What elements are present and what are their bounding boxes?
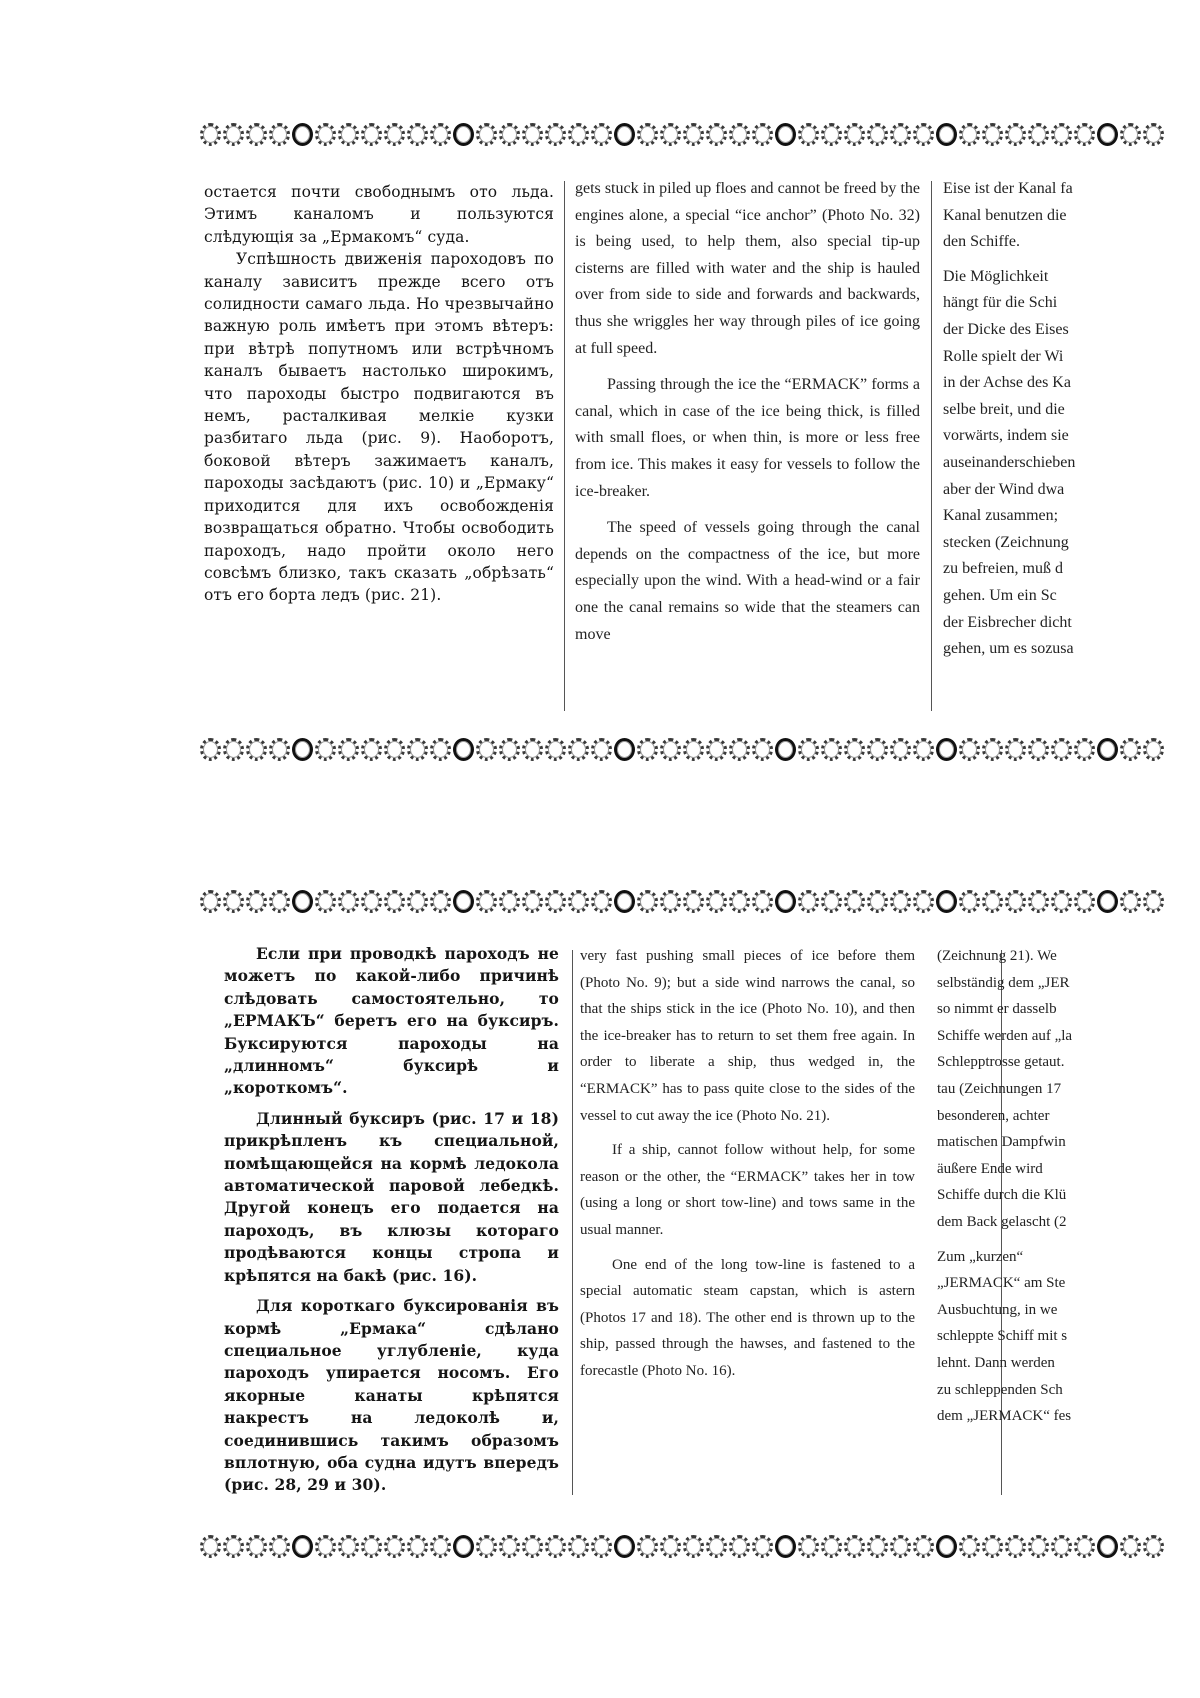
german-line: dem Back gelascht (2 [937, 1209, 1200, 1236]
ornament-ring-icon [982, 1535, 1003, 1558]
english-paragraph: very fast pushing small pieces of ice be… [580, 943, 915, 1129]
english-paragraph: One end of the long tow-line is fastened… [580, 1252, 915, 1385]
russian-column-top: остается почти свободнымъ ото льда. Этим… [204, 181, 554, 607]
ornament-ring-icon [292, 890, 313, 913]
ornament-ring-icon [637, 738, 658, 761]
german-line: auseinanderschieben [943, 450, 1200, 477]
ornament-border-bottom-1 [200, 887, 1200, 915]
german-line: Schiffe durch die Klü [937, 1182, 1200, 1209]
ornament-ring-icon [338, 738, 359, 761]
german-line: stecken (Zeichnung [943, 530, 1200, 557]
ornament-ring-icon [614, 1535, 635, 1558]
english-column-bottom: very fast pushing small pieces of ice be… [580, 943, 915, 1385]
ornament-ring-icon [752, 1535, 773, 1558]
ornament-ring-icon [637, 1535, 658, 1558]
ornament-ring-icon [614, 890, 635, 913]
ornament-ring-icon [430, 738, 451, 761]
ornament-ring-icon [476, 123, 497, 146]
ornament-ring-icon [752, 738, 773, 761]
ornament-ring-icon [453, 1535, 474, 1558]
ornament-ring-icon [407, 1535, 428, 1558]
ornament-ring-icon [384, 1535, 405, 1558]
ornament-ring-icon [890, 123, 911, 146]
russian-paragraph: остается почти свободнымъ ото льда. Этим… [204, 181, 554, 248]
ornament-ring-icon [660, 738, 681, 761]
ornament-ring-icon [936, 123, 957, 146]
ornament-ring-icon [499, 738, 520, 761]
ornament-ring-icon [292, 123, 313, 146]
ornament-ring-icon [545, 123, 566, 146]
ornament-ring-icon [775, 738, 796, 761]
german-line [937, 1236, 1200, 1244]
ornament-ring-icon [200, 123, 221, 146]
ornament-ring-icon [246, 1535, 267, 1558]
ornament-ring-icon [430, 890, 451, 913]
ornament-ring-icon [660, 1535, 681, 1558]
ornament-ring-icon [706, 123, 727, 146]
ornament-ring-icon [752, 123, 773, 146]
ornament-ring-icon [821, 123, 842, 146]
english-paragraph: If a ship, cannot follow without help, f… [580, 1137, 915, 1243]
german-line: Schiffe werden auf „la [937, 1023, 1200, 1050]
ornament-ring-icon [315, 738, 336, 761]
ornament-ring-icon [1120, 1535, 1141, 1558]
german-line: gehen. Um ein Sc [943, 583, 1200, 610]
russian-column-bottom: Если при проводкѣ пароходъ не можетъ по … [224, 943, 559, 1497]
ornament-ring-icon [315, 123, 336, 146]
ornament-ring-icon [706, 890, 727, 913]
ornament-ring-icon [660, 890, 681, 913]
ornament-ring-icon [545, 890, 566, 913]
ornament-ring-icon [1143, 123, 1164, 146]
ornament-ring-icon [683, 890, 704, 913]
ornament-ring-icon [200, 738, 221, 761]
ornament-ring-icon [407, 890, 428, 913]
ornament-ring-icon [384, 738, 405, 761]
ornament-ring-icon [959, 890, 980, 913]
ornament-ring-icon [1028, 890, 1049, 913]
ornament-ring-icon [821, 1535, 842, 1558]
ornament-ring-icon [361, 738, 382, 761]
ornament-border-top-1 [200, 120, 1200, 148]
ornament-ring-icon [867, 738, 888, 761]
ornament-ring-icon [1005, 738, 1026, 761]
ornament-ring-icon [591, 890, 612, 913]
ornament-ring-icon [361, 1535, 382, 1558]
german-line: der Eisbrecher dicht [943, 610, 1200, 637]
ornament-ring-icon [246, 123, 267, 146]
ornament-ring-icon [1097, 123, 1118, 146]
ornament-ring-icon [269, 738, 290, 761]
ornament-ring-icon [982, 123, 1003, 146]
ornament-ring-icon [775, 890, 796, 913]
ornament-ring-icon [867, 123, 888, 146]
ornament-ring-icon [913, 890, 934, 913]
ornament-ring-icon [1005, 123, 1026, 146]
ornament-ring-icon [936, 738, 957, 761]
ornament-ring-icon [1097, 890, 1118, 913]
ornament-ring-icon [798, 738, 819, 761]
ornament-ring-icon [476, 890, 497, 913]
ornament-ring-icon [1005, 1535, 1026, 1558]
russian-paragraph: Если при проводкѣ пароходъ не можетъ по … [224, 943, 559, 1100]
ornament-ring-icon [614, 738, 635, 761]
ornament-ring-icon [453, 890, 474, 913]
ornament-ring-icon [913, 1535, 934, 1558]
ornament-ring-icon [890, 738, 911, 761]
ornament-ring-icon [568, 1535, 589, 1558]
ornament-ring-icon [269, 1535, 290, 1558]
german-line: Die Möglichkeit [943, 264, 1200, 291]
ornament-ring-icon [1028, 123, 1049, 146]
ornament-ring-icon [315, 890, 336, 913]
ornament-ring-icon [1051, 738, 1072, 761]
german-line: vorwärts, indem sie [943, 423, 1200, 450]
ornament-ring-icon [1143, 1535, 1164, 1558]
german-line [943, 256, 1200, 264]
ornament-ring-icon [269, 123, 290, 146]
ornament-ring-icon [545, 738, 566, 761]
ornament-ring-icon [683, 1535, 704, 1558]
german-line: hängt für die Schi [943, 290, 1200, 317]
german-line: besonderen, achter [937, 1103, 1200, 1130]
ornament-ring-icon [1120, 890, 1141, 913]
ornament-ring-icon [430, 1535, 451, 1558]
ornament-ring-icon [844, 123, 865, 146]
ornament-ring-icon [568, 123, 589, 146]
ornament-ring-icon [1074, 123, 1095, 146]
ornament-border-top-2 [200, 735, 1200, 763]
german-line: aber der Wind dwa [943, 477, 1200, 504]
german-line: tau (Zeichnungen 17 [937, 1076, 1200, 1103]
ornament-ring-icon [959, 1535, 980, 1558]
ornament-ring-icon [729, 1535, 750, 1558]
ornament-ring-icon [476, 738, 497, 761]
ornament-ring-icon [867, 1535, 888, 1558]
german-line: Rolle spielt der Wi [943, 344, 1200, 371]
ornament-ring-icon [1051, 123, 1072, 146]
ornament-ring-icon [982, 738, 1003, 761]
ornament-ring-icon [614, 123, 635, 146]
ornament-ring-icon [591, 123, 612, 146]
german-line: gehen, um es sozusa [943, 636, 1200, 663]
ornament-ring-icon [729, 890, 750, 913]
ornament-ring-icon [706, 1535, 727, 1558]
ornament-ring-icon [683, 123, 704, 146]
ornament-ring-icon [1143, 890, 1164, 913]
ornament-ring-icon [361, 123, 382, 146]
ornament-ring-icon [246, 890, 267, 913]
russian-paragraph: Успѣшность движенія пароходовъ по каналу… [204, 248, 554, 607]
ornament-ring-icon [499, 1535, 520, 1558]
ornament-ring-icon [338, 123, 359, 146]
german-line: äußere Ende wird [937, 1156, 1200, 1183]
ornament-ring-icon [223, 890, 244, 913]
german-line: in der Achse des Ka [943, 370, 1200, 397]
ornament-ring-icon [223, 123, 244, 146]
ornament-ring-icon [1051, 890, 1072, 913]
ornament-ring-icon [1120, 123, 1141, 146]
ornament-ring-icon [499, 890, 520, 913]
ornament-ring-icon [1074, 738, 1095, 761]
ornament-ring-icon [982, 890, 1003, 913]
german-line: schleppte Schiff mit s [937, 1323, 1200, 1350]
german-line: matischen Dampfwin [937, 1129, 1200, 1156]
ornament-ring-icon [890, 890, 911, 913]
ornament-ring-icon [798, 890, 819, 913]
german-line: lehnt. Dann werden [937, 1350, 1200, 1377]
ornament-ring-icon [867, 890, 888, 913]
ornament-ring-icon [637, 890, 658, 913]
ornament-ring-icon [476, 1535, 497, 1558]
ornament-ring-icon [775, 1535, 796, 1558]
ornament-ring-icon [591, 738, 612, 761]
ornament-ring-icon [522, 890, 543, 913]
ornament-ring-icon [338, 1535, 359, 1558]
german-line: zu schleppenden Sch [937, 1377, 1200, 1404]
column-divider [564, 181, 565, 711]
ornament-ring-icon [292, 1535, 313, 1558]
ornament-ring-icon [775, 123, 796, 146]
ornament-ring-icon [1074, 1535, 1095, 1558]
english-paragraph: gets stuck in piled up floes and cannot … [575, 176, 920, 362]
ornament-ring-icon [315, 1535, 336, 1558]
ornament-ring-icon [545, 1535, 566, 1558]
german-line: den Schiffe. [943, 229, 1200, 256]
russian-paragraph: Длинный буксиръ (рис. 17 и 18) прикрѣпле… [224, 1108, 559, 1287]
german-line: so nimmt er dasselb [937, 996, 1200, 1023]
ornament-ring-icon [269, 890, 290, 913]
ornament-ring-icon [1097, 738, 1118, 761]
ornament-ring-icon [361, 890, 382, 913]
ornament-ring-icon [407, 123, 428, 146]
ornament-ring-icon [936, 1535, 957, 1558]
german-line: dem „JERMACK“ fes [937, 1403, 1200, 1430]
column-divider [931, 181, 932, 711]
ornament-ring-icon [1097, 1535, 1118, 1558]
ornament-ring-icon [913, 123, 934, 146]
ornament-ring-icon [752, 890, 773, 913]
ornament-ring-icon [591, 1535, 612, 1558]
german-line: Kanal benutzen die [943, 203, 1200, 230]
german-line: selbe breit, und die [943, 397, 1200, 424]
ornament-ring-icon [453, 123, 474, 146]
ornament-ring-icon [1028, 738, 1049, 761]
ornament-ring-icon [798, 1535, 819, 1558]
ornament-ring-icon [338, 890, 359, 913]
ornament-ring-icon [499, 123, 520, 146]
ornament-ring-icon [936, 890, 957, 913]
german-line: selbständig dem „JER [937, 970, 1200, 997]
ornament-ring-icon [706, 738, 727, 761]
ornament-border-bottom-2 [200, 1532, 1200, 1560]
german-line: Eise ist der Kanal fa [943, 176, 1200, 203]
ornament-ring-icon [1143, 738, 1164, 761]
ornament-ring-icon [821, 738, 842, 761]
ornament-ring-icon [1074, 890, 1095, 913]
ornament-ring-icon [246, 738, 267, 761]
ornament-ring-icon [522, 738, 543, 761]
ornament-ring-icon [729, 123, 750, 146]
german-line: Kanal zusammen; [943, 503, 1200, 530]
ornament-ring-icon [292, 738, 313, 761]
english-column-top: gets stuck in piled up floes and cannot … [575, 176, 920, 648]
ornament-ring-icon [200, 1535, 221, 1558]
ornament-ring-icon [453, 738, 474, 761]
german-line: Ausbuchtung, in we [937, 1297, 1200, 1324]
ornament-ring-icon [223, 1535, 244, 1558]
ornament-ring-icon [890, 1535, 911, 1558]
ornament-ring-icon [844, 890, 865, 913]
german-column-bottom: (Zeichnung 21). Weselbständig dem „JERso… [937, 943, 1200, 1430]
ornament-ring-icon [729, 738, 750, 761]
ornament-ring-icon [568, 738, 589, 761]
ornament-ring-icon [407, 738, 428, 761]
ornament-ring-icon [522, 123, 543, 146]
german-line: „JERMACK“ am Ste [937, 1270, 1200, 1297]
german-line: Zum „kurzen“ [937, 1244, 1200, 1271]
ornament-ring-icon [637, 123, 658, 146]
ornament-ring-icon [200, 890, 221, 913]
ornament-ring-icon [959, 123, 980, 146]
ornament-ring-icon [660, 123, 681, 146]
ornament-ring-icon [959, 738, 980, 761]
german-line: Schlepptrosse getaut. [937, 1049, 1200, 1076]
german-column-top: Eise ist der Kanal faKanal benutzen died… [943, 176, 1200, 663]
column-divider [572, 950, 573, 1495]
english-paragraph: Passing through the ice the “ERMACK” for… [575, 372, 920, 505]
ornament-ring-icon [223, 738, 244, 761]
ornament-ring-icon [1051, 1535, 1072, 1558]
ornament-ring-icon [844, 1535, 865, 1558]
ornament-ring-icon [384, 123, 405, 146]
ornament-ring-icon [1120, 738, 1141, 761]
ornament-ring-icon [568, 890, 589, 913]
german-line: der Dicke des Eises [943, 317, 1200, 344]
ornament-ring-icon [821, 890, 842, 913]
ornament-ring-icon [913, 738, 934, 761]
german-line: zu befreien, muß d [943, 556, 1200, 583]
ornament-ring-icon [1028, 1535, 1049, 1558]
russian-paragraph: Для короткаго буксированія въ кормѣ „Ерм… [224, 1295, 559, 1497]
ornament-ring-icon [430, 123, 451, 146]
ornament-ring-icon [844, 738, 865, 761]
ornament-ring-icon [522, 1535, 543, 1558]
ornament-ring-icon [1005, 890, 1026, 913]
ornament-ring-icon [683, 738, 704, 761]
english-paragraph: The speed of vessels going through the c… [575, 515, 920, 648]
ornament-ring-icon [798, 123, 819, 146]
ornament-ring-icon [384, 890, 405, 913]
german-line: (Zeichnung 21). We [937, 943, 1200, 970]
